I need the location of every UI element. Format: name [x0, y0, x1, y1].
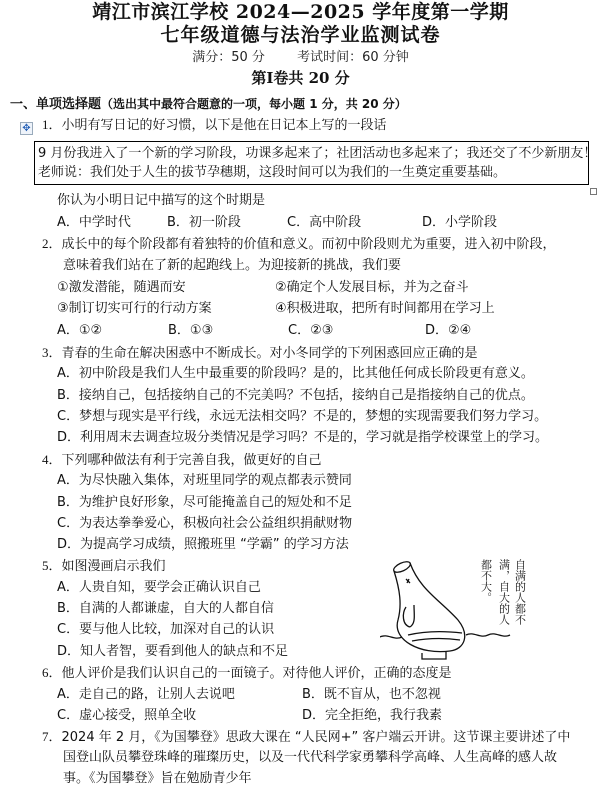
- cartoon-caption-col3: 都不大。: [480, 558, 493, 603]
- exam-meta: 满分：50 分 考试时间：60 分钟: [0, 46, 601, 65]
- question-6-option-d: D．完全拒绝，我行我素: [302, 707, 442, 725]
- exam-title-line2: 七年级道德与法治学业监测试卷: [0, 20, 601, 47]
- question-5-option-c: C．要与他人比较，加深对自己的认识: [57, 621, 274, 639]
- question-6-option-b: B．既不盲从，也不忽视: [302, 686, 441, 704]
- question-1-stem: 1．小明有写日记的好习惯，以下是他在日记本上写的一段话: [42, 116, 387, 135]
- question-3-option-a: A．初中阶段是我们人生中最重要的阶段吗？是的，比其他任何成长阶段更有意义。: [57, 365, 534, 383]
- question-2-item-3: ③制订切实可行的行动方案: [57, 300, 212, 318]
- question-6-option-a: A．走自己的路，让别人去说吧: [57, 686, 235, 704]
- diary-quote-line2: 老师说：我们处于人生的拔节孕穗期，这段时间可以为我们的一生奠定重要基础。: [38, 163, 588, 182]
- question-7-stem-cont2: 事。《为国攀登》旨在勉励青少年: [63, 770, 252, 788]
- cartoon-illustration: 自满的人都不 满，自大的人 都不大。: [380, 545, 580, 665]
- table-resize-handle[interactable]: [590, 188, 597, 195]
- question-2-option-b: B．①③: [168, 322, 213, 340]
- question-6-option-c: C．虚心接受，照单全收: [57, 707, 196, 725]
- question-4-option-b: B．为维护良好形象，尽可能掩盖自己的短处和不足: [57, 494, 352, 512]
- question-2-item-4: ④积极进取，把所有时间都用在学习上: [275, 300, 495, 318]
- question-3-option-d: D．利用周末去调查垃圾分类情况是学习吗？不是的，学习就是指学校课堂上的学习。: [57, 429, 548, 447]
- question-3-option-c: C．梦想与现实是平行线，永远无法相交吗？不是的，梦想的实现需要我们努力学习。: [57, 408, 547, 426]
- question-6-stem: 6．他人评价是我们认识自己的一面镜子。对待他人评价，正确的态度是: [42, 664, 452, 683]
- question-2-option-d: D．②④: [425, 322, 471, 340]
- question-1-option-c: C．高中阶段: [287, 214, 361, 232]
- question-3-option-b: B．接纳自己，包括接纳自己的不完美吗？不包括，接纳自己是指接纳自己的优点。: [57, 387, 534, 405]
- question-5-stem: 5．如图漫画启示我们: [42, 557, 166, 576]
- question-4-stem: 4．下列哪种做法有利于完善自我，做更好的自己: [42, 451, 322, 470]
- question-2-item-2: ②确定个人发展目标，并为之奋斗: [275, 279, 469, 297]
- question-1-option-d: D．小学阶段: [422, 214, 497, 232]
- section-title: 一、单项选择题: [10, 97, 101, 112]
- question-4-option-a: A．为尽快融入集体，对班里同学的观点都表示赞同: [57, 472, 352, 490]
- cartoon-caption-col2: 满，自大的人: [498, 558, 511, 625]
- exam-time: 考试时间：60 分钟: [297, 50, 409, 65]
- part-title: 第Ⅰ卷共 20 分: [0, 67, 601, 88]
- question-2-stem-cont: 意味着我们站在了新的起跑线上。为迎接新的挑战，我们要: [63, 257, 401, 275]
- question-2-option-c: C．②③: [288, 322, 333, 340]
- section-note: （选出其中最符合题意的一项，每小题 1 分，共 20 分）: [101, 97, 407, 111]
- question-7-stem: 7．2024 年 2 月，《为国攀登》思政大课在 “人民网+” 客户端云开讲。这…: [42, 728, 570, 747]
- diary-quote-line1: 9 月份我进入了一个新的学习阶段，功课多起来了；社团活动也多起来了；我还交了不少…: [38, 144, 588, 163]
- cartoon-caption-col1: 自满的人都不: [514, 559, 527, 625]
- question-4-option-d: D．为提高学习成绩，照搬班里 “学霸” 的学习方法: [57, 536, 349, 554]
- question-1-stem2: 你认为小明日记中描写的这个时期是: [57, 192, 265, 210]
- full-score: 满分：50 分: [192, 50, 265, 65]
- question-5-option-d: D．知人者智，要看到他人的缺点和不足: [57, 643, 288, 661]
- question-2-stem: 2．成长中的每个阶段都有着独特的价值和意义。而初中阶段则尤为重要，进入初中阶段，: [42, 235, 556, 254]
- question-2-option-a: A．①②: [57, 322, 102, 340]
- question-3-stem: 3．青春的生命在解决困惑中不断成长。对小冬同学的下列困惑回应正确的是: [42, 344, 478, 363]
- diary-quote-box: 9 月份我进入了一个新的学习阶段，功课多起来了；社团活动也多起来了；我还交了不少…: [34, 141, 589, 185]
- table-move-handle-icon[interactable]: ✥: [20, 122, 33, 135]
- question-1-option-a: A．中学时代: [57, 214, 131, 232]
- question-5-option-b: B．自满的人都谦虚，自大的人都自信: [57, 600, 274, 618]
- question-1-option-b: B．初一阶段: [167, 214, 241, 232]
- question-4-option-c: C．为表达拳拳爱心，积极向社会公益组织捐献财物: [57, 515, 352, 533]
- bottle-figure-icon: 自满的人都不 满，自大的人 都不大。: [380, 545, 580, 665]
- question-5-option-a: A．人贵自知，要学会正确认识自己: [57, 579, 261, 597]
- question-7-stem-cont: 国登山队员攀登珠峰的璀璨历史，以及一代代科学家勇攀科学高峰、人生高峰的感人故: [63, 749, 557, 767]
- question-2-item-1: ①激发潜能，随遇而安: [57, 279, 186, 297]
- section-heading: 一、单项选择题（选出其中最符合题意的一项，每小题 1 分，共 20 分）: [10, 93, 407, 112]
